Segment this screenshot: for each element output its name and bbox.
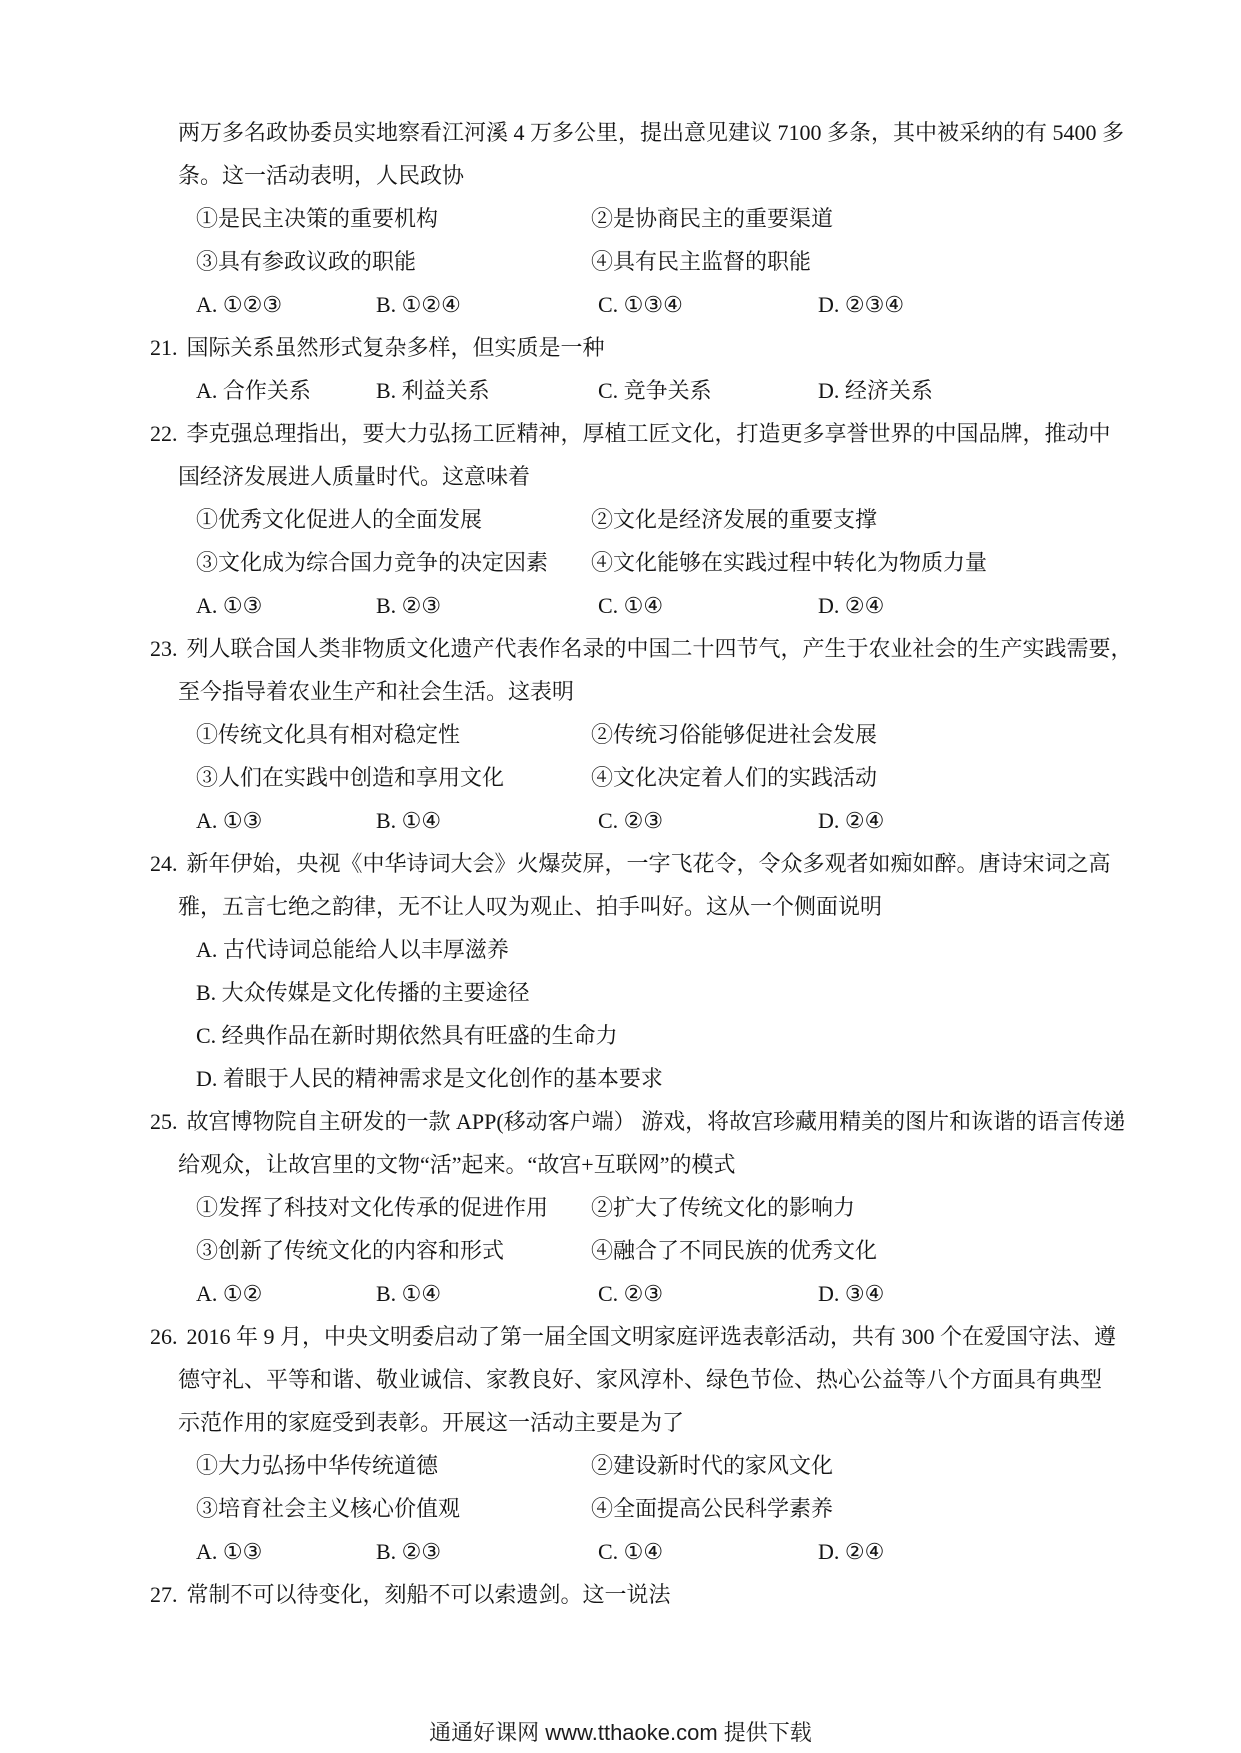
choice-b: B. ②③ bbox=[376, 1530, 598, 1573]
choice-d: D. ③④ bbox=[818, 1272, 884, 1315]
choice-d: D. 经济关系 bbox=[818, 369, 933, 412]
question-number: 25. bbox=[150, 1109, 178, 1134]
question-20: 两万多名政协委员实地察看江河溪 4 万多公里，提出意见建议 7100 多条，其中… bbox=[150, 111, 1130, 326]
question-stem-line: 22.李克强总理指出，要大力弘扬工匠精神，厚植工匠文化，打造更多享誉世界的中国品… bbox=[150, 412, 1130, 455]
option-3: ③人们在实践中创造和享用文化 bbox=[196, 756, 591, 799]
exam-content: 两万多名政协委员实地察看江河溪 4 万多公里，提出意见建议 7100 多条，其中… bbox=[150, 111, 1130, 1616]
option-3: ③文化成为综合国力竞争的决定因素 bbox=[196, 541, 591, 584]
question-stem: 列人联合国人类非物质文化遗产代表作名录的中国二十四节气，产生于农业社会的生产实践… bbox=[187, 636, 1133, 661]
choice-a: A. 合作关系 bbox=[196, 369, 376, 412]
option-pair-row: ③具有参政议政的职能④具有民主监督的职能 bbox=[150, 240, 1130, 283]
option-2: ②建设新时代的家风文化 bbox=[591, 1444, 833, 1487]
choice-d: D. 着眼于人民的精神需求是文化创作的基本要求 bbox=[150, 1057, 1130, 1100]
option-pair-row: ③文化成为综合国力竞争的决定因素④文化能够在实践过程中转化为物质力量 bbox=[150, 541, 1130, 584]
choice-a: A. ①③ bbox=[196, 799, 376, 842]
option-4: ④文化决定着人们的实践活动 bbox=[591, 756, 877, 799]
option-3: ③具有参政议政的职能 bbox=[196, 240, 591, 283]
question-number: 27. bbox=[150, 1582, 178, 1607]
option-pair-row: ①优秀文化促进人的全面发展②文化是经济发展的重要支撑 bbox=[150, 498, 1130, 541]
question-stem-line: 雅，五言七绝之韵律，无不让人叹为观止、拍手叫好。这从一个侧面说明 bbox=[150, 885, 1130, 928]
question-stem: 李克强总理指出，要大力弘扬工匠精神，厚植工匠文化，打造更多享誉世界的中国品牌，推… bbox=[187, 421, 1111, 446]
option-pair-row: ①发挥了科技对文化传承的促进作用②扩大了传统文化的影响力 bbox=[150, 1186, 1130, 1229]
choice-row: A. 合作关系B. 利益关系C. 竞争关系D. 经济关系 bbox=[150, 369, 1130, 412]
option-pair-row: ③培育社会主义核心价值观④全面提高公民科学素养 bbox=[150, 1487, 1130, 1530]
option-4: ④融合了不同民族的优秀文化 bbox=[591, 1229, 877, 1272]
choice-row: A. ①②B. ①④C. ②③D. ③④ bbox=[150, 1272, 1130, 1315]
question-stem-line: 23.列人联合国人类非物质文化遗产代表作名录的中国二十四节气，产生于农业社会的生… bbox=[150, 627, 1130, 670]
choice-b: B. ①②④ bbox=[376, 283, 598, 326]
question-stem-line: 至今指导着农业生产和社会生活。这表明 bbox=[150, 670, 1130, 713]
question-stem-line: 25.故宫博物院自主研发的一款 APP(移动客户端） 游戏，将故宫珍藏用精美的图… bbox=[150, 1100, 1130, 1143]
choice-d: D. ②④ bbox=[818, 1530, 884, 1573]
choice-b: B. ①④ bbox=[376, 799, 598, 842]
choice-a: A. ①③ bbox=[196, 1530, 376, 1573]
question-24: 24.新年伊始，央视《中华诗词大会》火爆荧屏，一字飞花令，令众多观者如痴如醉。唐… bbox=[150, 842, 1130, 1100]
question-stem-line: 24.新年伊始，央视《中华诗词大会》火爆荧屏，一字飞花令，令众多观者如痴如醉。唐… bbox=[150, 842, 1130, 885]
choice-row: A. ①②③B. ①②④C. ①③④D. ②③④ bbox=[150, 283, 1130, 326]
question-stem-line: 两万多名政协委员实地察看江河溪 4 万多公里，提出意见建议 7100 多条，其中… bbox=[150, 111, 1130, 154]
footer-watermark: 通通好课网 www.tthaoke.com 提供下载 bbox=[0, 1716, 1241, 1747]
option-1: ①是民主决策的重要机构 bbox=[196, 197, 591, 240]
choice-c: C. 竞争关系 bbox=[598, 369, 818, 412]
choice-d: D. ②④ bbox=[818, 799, 884, 842]
question-stem-line: 26.2016 年 9 月，中央文明委启动了第一届全国文明家庭评选表彰活动，共有… bbox=[150, 1315, 1130, 1358]
question-stem-line: 示范作用的家庭受到表彰。开展这一活动主要是为了 bbox=[150, 1401, 1130, 1444]
question-25: 25.故宫博物院自主研发的一款 APP(移动客户端） 游戏，将故宫珍藏用精美的图… bbox=[150, 1100, 1130, 1315]
question-number: 26. bbox=[150, 1324, 178, 1349]
option-1: ①优秀文化促进人的全面发展 bbox=[196, 498, 591, 541]
option-2: ②是协商民主的重要渠道 bbox=[591, 197, 833, 240]
choice-b: B. 利益关系 bbox=[376, 369, 598, 412]
question-22: 22.李克强总理指出，要大力弘扬工匠精神，厚植工匠文化，打造更多享誉世界的中国品… bbox=[150, 412, 1130, 627]
choice-row: A. ①③B. ②③C. ①④D. ②④ bbox=[150, 1530, 1130, 1573]
option-4: ④文化能够在实践过程中转化为物质力量 bbox=[591, 541, 987, 584]
option-pair-row: ③人们在实践中创造和享用文化④文化决定着人们的实践活动 bbox=[150, 756, 1130, 799]
question-stem-line: 给观众，让故宫里的文物“活”起来。“故宫+互联网”的模式 bbox=[150, 1143, 1130, 1186]
option-4: ④具有民主监督的职能 bbox=[591, 240, 811, 283]
choice-a: A. ①②③ bbox=[196, 283, 376, 326]
option-1: ①传统文化具有相对稳定性 bbox=[196, 713, 591, 756]
option-2: ②文化是经济发展的重要支撑 bbox=[591, 498, 877, 541]
choice-d: D. ②④ bbox=[818, 584, 884, 627]
choice-c: C. ①④ bbox=[598, 1530, 818, 1573]
choice-b: B. 大众传媒是文化传播的主要途径 bbox=[150, 971, 1130, 1014]
choice-b: B. ①④ bbox=[376, 1272, 598, 1315]
question-number: 21. bbox=[150, 335, 178, 360]
option-pair-row: ③创新了传统文化的内容和形式④融合了不同民族的优秀文化 bbox=[150, 1229, 1130, 1272]
question-stem: 常制不可以待变化，刻船不可以索遗剑。这一说法 bbox=[187, 1582, 671, 1607]
question-number: 24. bbox=[150, 851, 178, 876]
question-27: 27.常制不可以待变化，刻船不可以索遗剑。这一说法 bbox=[150, 1573, 1130, 1616]
question-21: 21.国际关系虽然形式复杂多样，但实质是一种 A. 合作关系B. 利益关系C. … bbox=[150, 326, 1130, 412]
question-number: 23. bbox=[150, 636, 178, 661]
choice-c: C. ①③④ bbox=[598, 283, 818, 326]
choice-b: B. ②③ bbox=[376, 584, 598, 627]
choice-c: C. ①④ bbox=[598, 584, 818, 627]
option-3: ③培育社会主义核心价值观 bbox=[196, 1487, 591, 1530]
option-pair-row: ①是民主决策的重要机构②是协商民主的重要渠道 bbox=[150, 197, 1130, 240]
option-3: ③创新了传统文化的内容和形式 bbox=[196, 1229, 591, 1272]
question-stem: 国际关系虽然形式复杂多样，但实质是一种 bbox=[187, 335, 605, 360]
option-pair-row: ①传统文化具有相对稳定性②传统习俗能够促进社会发展 bbox=[150, 713, 1130, 756]
question-stem-line: 国经济发展进人质量时代。这意味着 bbox=[150, 455, 1130, 498]
question-stem-line: 条。这一活动表明，人民政协 bbox=[150, 154, 1130, 197]
option-2: ②扩大了传统文化的影响力 bbox=[591, 1186, 855, 1229]
choice-row: A. ①③B. ②③C. ①④D. ②④ bbox=[150, 584, 1130, 627]
question-stem-line: 21.国际关系虽然形式复杂多样，但实质是一种 bbox=[150, 326, 1130, 369]
question-stem: 故宫博物院自主研发的一款 APP(移动客户端） 游戏，将故宫珍藏用精美的图片和诙… bbox=[187, 1109, 1126, 1134]
option-2: ②传统习俗能够促进社会发展 bbox=[591, 713, 877, 756]
question-stem: 新年伊始，央视《中华诗词大会》火爆荧屏，一字飞花令，令众多观者如痴如醉。唐诗宋词… bbox=[187, 851, 1111, 876]
option-1: ①大力弘扬中华传统道德 bbox=[196, 1444, 591, 1487]
option-pair-row: ①大力弘扬中华传统道德②建设新时代的家风文化 bbox=[150, 1444, 1130, 1487]
choice-c: C. 经典作品在新时期依然具有旺盛的生命力 bbox=[150, 1014, 1130, 1057]
choice-a: A. 古代诗词总能给人以丰厚滋养 bbox=[150, 928, 1130, 971]
choice-row: A. ①③B. ①④C. ②③D. ②④ bbox=[150, 799, 1130, 842]
question-stem-line: 德守礼、平等和谐、敬业诚信、家教良好、家风淳朴、绿色节俭、热心公益等八个方面具有… bbox=[150, 1358, 1130, 1401]
option-4: ④全面提高公民科学素养 bbox=[591, 1487, 833, 1530]
choice-c: C. ②③ bbox=[598, 799, 818, 842]
choice-c: C. ②③ bbox=[598, 1272, 818, 1315]
choice-a: A. ①③ bbox=[196, 584, 376, 627]
choice-a: A. ①② bbox=[196, 1272, 376, 1315]
question-23: 23.列人联合国人类非物质文化遗产代表作名录的中国二十四节气，产生于农业社会的生… bbox=[150, 627, 1130, 842]
question-26: 26.2016 年 9 月，中央文明委启动了第一届全国文明家庭评选表彰活动，共有… bbox=[150, 1315, 1130, 1573]
choice-d: D. ②③④ bbox=[818, 283, 904, 326]
question-number: 22. bbox=[150, 421, 178, 446]
question-stem-line: 27.常制不可以待变化，刻船不可以索遗剑。这一说法 bbox=[150, 1573, 1130, 1616]
option-1: ①发挥了科技对文化传承的促进作用 bbox=[196, 1186, 591, 1229]
exam-page: 两万多名政协委员实地察看江河溪 4 万多公里，提出意见建议 7100 多条，其中… bbox=[0, 0, 1241, 1753]
question-stem: 2016 年 9 月，中央文明委启动了第一届全国文明家庭评选表彰活动，共有 30… bbox=[187, 1324, 1117, 1349]
